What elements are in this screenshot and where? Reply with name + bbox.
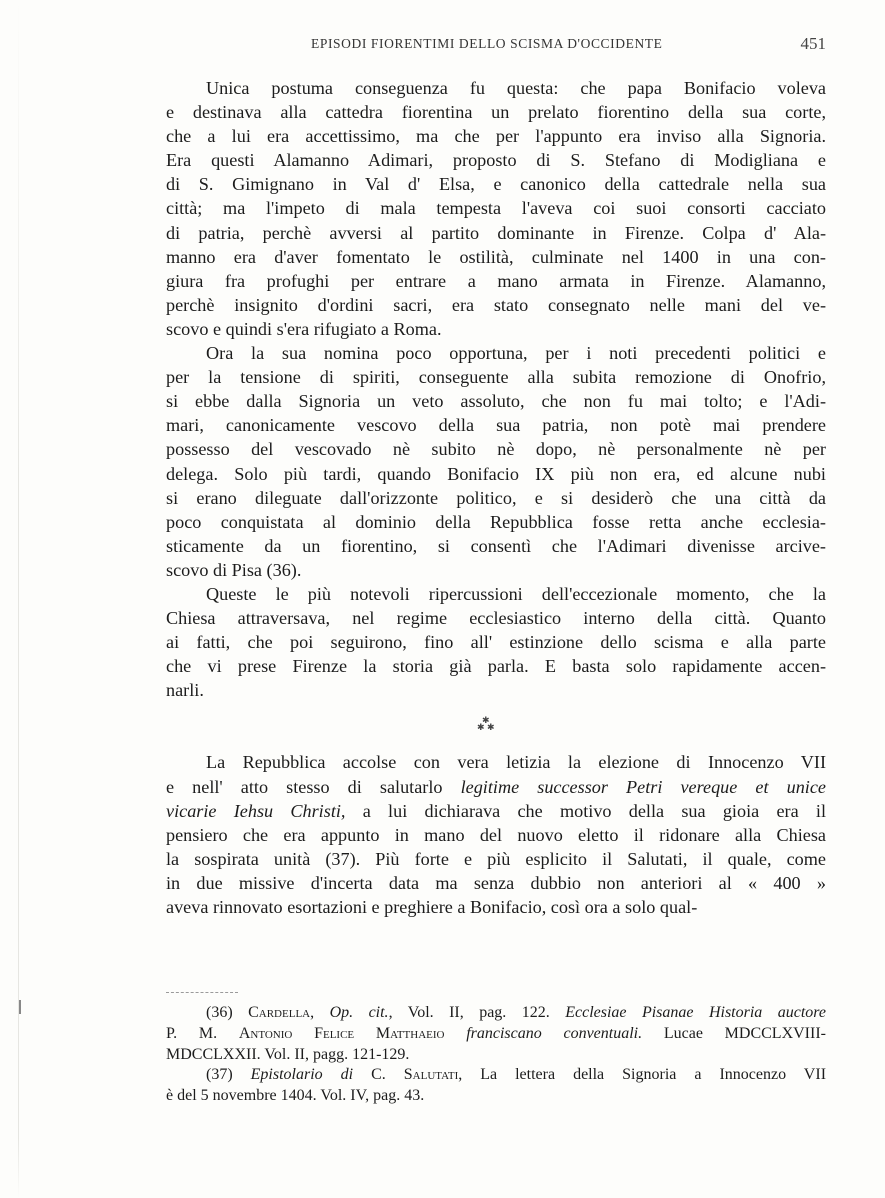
text-line: la sospirata unità (37). Più forte e più… xyxy=(166,847,826,871)
text-run: , Vol. II, pag. 122. xyxy=(389,1004,566,1021)
text-line: sticamente da un fiorentino, si consentì… xyxy=(166,534,826,558)
text-run: la sospirata unità (37). Più forte e più… xyxy=(166,849,826,869)
author-name: Cardella xyxy=(248,1004,310,1021)
text-run: C. xyxy=(353,1066,404,1083)
text-line: che vi prese Firenze la storia già parla… xyxy=(166,654,826,678)
text-line: si erano dileguate dall'orizzonte politi… xyxy=(166,486,826,510)
latin-quote: vicarie Iehsu Christi, xyxy=(166,801,345,821)
body-text: Unica postuma conseguenza fu questa: che… xyxy=(166,76,826,919)
footnote-line: (37) Epistolario di C. Salutati, La lett… xyxy=(166,1065,826,1086)
footnote-line: (36) Cardella, Op. cit., Vol. II, pag. 1… xyxy=(166,1003,826,1024)
footnote-separator xyxy=(166,992,238,993)
text-run: e nell' atto stesso di salutarlo xyxy=(166,777,461,797)
text-line: perchè insignito d'ordini sacri, era sta… xyxy=(166,293,826,317)
text-line: delega. Solo più tardi, quando Bonifacio… xyxy=(166,462,826,486)
text-line: possesso del vescovado nè subito nè dopo… xyxy=(166,437,826,461)
text-line: Queste le più notevoli ripercussioni del… xyxy=(166,582,826,606)
text-line: e destinava alla cattedra fiorentina un … xyxy=(166,100,826,124)
text-run: , xyxy=(310,1004,329,1021)
title-italic: franciscano conventuali. xyxy=(466,1025,642,1042)
text-run xyxy=(444,1025,466,1042)
text-line: che a lui era accettissimo, ma che per l… xyxy=(166,124,826,148)
text-line: poco conquistata al dominio della Repubb… xyxy=(166,510,826,534)
paragraph-4: La Repubblica accolse con vera letizia l… xyxy=(166,750,826,919)
footnote-line: MDCCLXXII. Vol. II, pagg. 121-129. xyxy=(166,1045,826,1066)
text-run: aveva rinnovato esortazioni e preghiere … xyxy=(166,897,697,917)
text-run: in due missive d'incerta data ma senza d… xyxy=(166,873,826,893)
text-line: di S. Gimignano in Val d' Elsa, e canoni… xyxy=(166,172,826,196)
author-name: Antonio Felice Matthaeio xyxy=(239,1025,445,1042)
text-line: aveva rinnovato esortazioni e preghiere … xyxy=(166,895,826,919)
page-header: EPISODI FIORENTIMI DELLO SCISMA D'OCCIDE… xyxy=(166,36,826,56)
text-line: giura fra profughi per entrare a mano ar… xyxy=(166,269,826,293)
text-run: MDCCLXXII. Vol. II, pagg. 121-129. xyxy=(166,1046,409,1063)
latin-quote: legitime successor Petri vereque et unic… xyxy=(461,777,826,797)
text-run: a lui dichiarava che motivo della sua gi… xyxy=(345,801,826,821)
paragraph-3: Queste le più notevoli ripercussioni del… xyxy=(166,582,826,702)
title-italic: Epistolario di xyxy=(251,1066,353,1083)
text-line: Unica postuma conseguenza fu questa: che… xyxy=(166,76,826,100)
text-run: La Repubblica accolse con vera letizia l… xyxy=(206,752,826,772)
text-line: Era questi Alamanno Adimari, proposto di… xyxy=(166,148,826,172)
paragraph-2: Ora la sua nomina poco opportuna, per i … xyxy=(166,341,826,582)
title-italic: Ecclesiae Pisanae Historia auctore xyxy=(565,1004,826,1021)
text-run: (36) xyxy=(206,1004,248,1021)
text-run: Lucae MDCCLXVIII- xyxy=(642,1025,826,1042)
running-title: EPISODI FIORENTIMI DELLO SCISMA D'OCCIDE… xyxy=(311,36,662,52)
text-line: La Repubblica accolse con vera letizia l… xyxy=(166,750,826,774)
text-line: di patria, perchè avversi al partito dom… xyxy=(166,221,826,245)
text-run: pensiero che era appunto in mano del nuo… xyxy=(166,825,826,845)
text-run: è del 5 novembre 1404. Vol. IV, pag. 43. xyxy=(166,1087,424,1104)
text-line: manno era d'aver fomentato le ostilità, … xyxy=(166,245,826,269)
page-edge-shadow xyxy=(18,0,19,1198)
footnotes: (36) Cardella, Op. cit., Vol. II, pag. 1… xyxy=(166,1003,826,1107)
text-line: Chiesa attraversava, nel regime ecclesia… xyxy=(166,606,826,630)
text-line: mari, canonicamente vescovo della sua pa… xyxy=(166,413,826,437)
paragraph-1: Unica postuma conseguenza fu questa: che… xyxy=(166,76,826,341)
text-line: Ora la sua nomina poco opportuna, per i … xyxy=(166,341,826,365)
text-line: e nell' atto stesso di salutarlo legitim… xyxy=(166,775,826,799)
text-run: (37) xyxy=(206,1066,251,1083)
footnote-37: (37) Epistolario di C. Salutati, La lett… xyxy=(166,1065,826,1107)
text-run: P. M. xyxy=(166,1025,239,1042)
footnote-36: (36) Cardella, Op. cit., Vol. II, pag. 1… xyxy=(166,1003,826,1065)
text-line: scovo e quindi s'era rifugiato a Roma. xyxy=(166,317,826,341)
title-italic: Op. cit. xyxy=(330,1004,389,1021)
section-divider-asterism: ✱ ✱ ✱ xyxy=(166,702,826,750)
text-line: ai fatti, che poi seguirono, fino all' e… xyxy=(166,630,826,654)
text-line: vicarie Iehsu Christi, a lui dichiarava … xyxy=(166,799,826,823)
author-name: Salutati xyxy=(404,1066,458,1083)
text-line: città; ma l'impeto di mala tempesta l'av… xyxy=(166,196,826,220)
text-line: narli. xyxy=(166,678,826,702)
text-line: pensiero che era appunto in mano del nuo… xyxy=(166,823,826,847)
text-line: per la tensione di spiriti, conseguente … xyxy=(166,365,826,389)
text-line: si ebbe dalla Signoria un veto assoluto,… xyxy=(166,389,826,413)
text-line: scovo di Pisa (36). xyxy=(166,558,826,582)
page-number: 451 xyxy=(801,34,827,54)
footnote-line: è del 5 novembre 1404. Vol. IV, pag. 43. xyxy=(166,1086,826,1107)
text-run: , La lettera della Signoria a Innocenzo … xyxy=(458,1066,826,1083)
text-line: in due missive d'incerta data ma senza d… xyxy=(166,871,826,895)
page-edge-mark xyxy=(19,1000,21,1014)
footnote-line: P. M. Antonio Felice Matthaeio francisca… xyxy=(166,1024,826,1045)
